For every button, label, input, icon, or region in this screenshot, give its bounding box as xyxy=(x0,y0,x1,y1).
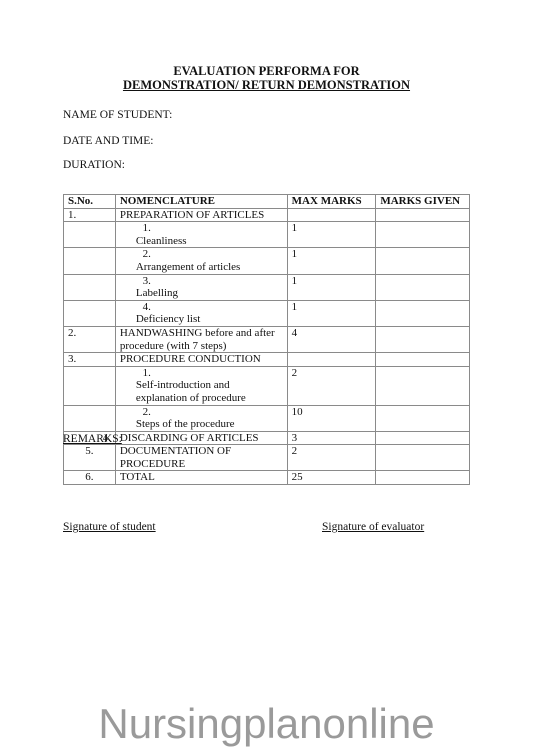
table-row: 1.Cleanliness1 xyxy=(64,222,470,248)
signature-student: Signature of student xyxy=(63,521,156,533)
cell-nomenclature: 1.Self-introduction and explanation of p… xyxy=(115,366,287,405)
header-nomenclature: NOMENCLATURE xyxy=(115,195,287,209)
date-time-field: DATE AND TIME: xyxy=(63,134,154,148)
cell-max-marks xyxy=(287,208,376,222)
table-row: 1.Self-introduction and explanation of p… xyxy=(64,366,470,405)
sub-item-number: 1. xyxy=(136,222,151,235)
header-max-marks: MAX MARKS xyxy=(287,195,376,209)
sub-item-text: Cleanliness xyxy=(136,235,264,248)
watermark: Nursingplanonline xyxy=(0,700,533,748)
student-name-field: NAME OF STUDENT: xyxy=(63,108,172,122)
sub-item-number: 2. xyxy=(136,406,151,419)
sub-item-text: Self-introduction and explanation of pro… xyxy=(136,379,264,404)
cell-sno: 2. xyxy=(64,326,116,352)
cell-sno xyxy=(64,248,116,274)
cell-sno xyxy=(64,405,116,431)
duration-field: DURATION: xyxy=(63,158,125,172)
table-row: 5.DOCUMENTATION OF PROCEDURE2 xyxy=(64,445,470,471)
table-row: 3.Labelling1 xyxy=(64,274,470,300)
cell-marks-given[interactable] xyxy=(376,431,470,445)
cell-sno: 6. xyxy=(64,471,116,485)
cell-marks-given[interactable] xyxy=(376,366,470,405)
cell-marks-given[interactable] xyxy=(376,326,470,352)
cell-sno: 3. xyxy=(64,353,116,367)
evaluation-table: S.No. NOMENCLATURE MAX MARKS MARKS GIVEN… xyxy=(63,194,470,485)
cell-sno xyxy=(64,300,116,326)
cell-max-marks: 1 xyxy=(287,274,376,300)
table-row: 1.PREPARATION OF ARTICLES xyxy=(64,208,470,222)
table-row: 6.TOTAL25 xyxy=(64,471,470,485)
cell-max-marks: 1 xyxy=(287,300,376,326)
cell-nomenclature: 2.Steps of the procedure xyxy=(115,405,287,431)
cell-max-marks: 4 xyxy=(287,326,376,352)
form-title-line1: EVALUATION PERFORMA FOR xyxy=(0,64,533,78)
cell-nomenclature: 1.Cleanliness xyxy=(115,222,287,248)
sub-item-text: Labelling xyxy=(136,287,264,300)
table-row: 2.Steps of the procedure10 xyxy=(64,405,470,431)
cell-marks-given[interactable] xyxy=(376,300,470,326)
sub-item-text: Arrangement of articles xyxy=(136,261,264,274)
cell-nomenclature: HANDWASHING before and after procedure (… xyxy=(115,326,287,352)
table-row: 4.Deficiency list1 xyxy=(64,300,470,326)
table-row: 2.HANDWASHING before and after procedure… xyxy=(64,326,470,352)
cell-marks-given[interactable] xyxy=(376,405,470,431)
cell-max-marks: 1 xyxy=(287,248,376,274)
cell-sno xyxy=(64,222,116,248)
form-title-line2: DEMONSTRATION/ RETURN DEMONSTRATION xyxy=(0,78,533,92)
header-marks-given: MARKS GIVEN xyxy=(376,195,470,209)
sub-item-number: 4. xyxy=(136,301,151,314)
cell-sno: 5. xyxy=(64,445,116,471)
table-row: 2.Arrangement of articles1 xyxy=(64,248,470,274)
table-header-row: S.No. NOMENCLATURE MAX MARKS MARKS GIVEN xyxy=(64,195,470,209)
table-row: 4.DISCARDING OF ARTICLES3 xyxy=(64,431,470,445)
cell-marks-given[interactable] xyxy=(376,353,470,367)
cell-max-marks: 2 xyxy=(287,366,376,405)
cell-nomenclature: DISCARDING OF ARTICLES xyxy=(115,431,287,445)
cell-max-marks: 10 xyxy=(287,405,376,431)
cell-max-marks: 2 xyxy=(287,445,376,471)
cell-max-marks: 3 xyxy=(287,431,376,445)
header-sno: S.No. xyxy=(64,195,116,209)
cell-max-marks xyxy=(287,353,376,367)
sub-item-number: 1. xyxy=(136,367,151,380)
remarks-label: REMARKS: xyxy=(63,433,122,445)
table-row: 3.PROCEDURE CONDUCTION xyxy=(64,353,470,367)
cell-sno xyxy=(64,274,116,300)
sub-item-number: 3. xyxy=(136,275,151,288)
cell-marks-given[interactable] xyxy=(376,471,470,485)
cell-marks-given[interactable] xyxy=(376,222,470,248)
sub-item-number: 2. xyxy=(136,248,151,261)
cell-max-marks: 25 xyxy=(287,471,376,485)
cell-nomenclature: 3.Labelling xyxy=(115,274,287,300)
cell-nomenclature: 2.Arrangement of articles xyxy=(115,248,287,274)
sub-item-text: Deficiency list xyxy=(136,313,264,326)
signature-evaluator: Signature of evaluator xyxy=(322,521,424,533)
cell-nomenclature: DOCUMENTATION OF PROCEDURE xyxy=(115,445,287,471)
cell-max-marks: 1 xyxy=(287,222,376,248)
cell-nomenclature: 4.Deficiency list xyxy=(115,300,287,326)
sub-item-text: Steps of the procedure xyxy=(136,418,264,431)
cell-sno: 1. xyxy=(64,208,116,222)
cell-marks-given[interactable] xyxy=(376,248,470,274)
cell-sno xyxy=(64,366,116,405)
cell-nomenclature: TOTAL xyxy=(115,471,287,485)
cell-nomenclature: PREPARATION OF ARTICLES xyxy=(115,208,287,222)
evaluation-form-page: EVALUATION PERFORMA FOR DEMONSTRATION/ R… xyxy=(0,0,533,754)
cell-marks-given[interactable] xyxy=(376,274,470,300)
cell-marks-given[interactable] xyxy=(376,445,470,471)
cell-nomenclature: PROCEDURE CONDUCTION xyxy=(115,353,287,367)
cell-marks-given[interactable] xyxy=(376,208,470,222)
